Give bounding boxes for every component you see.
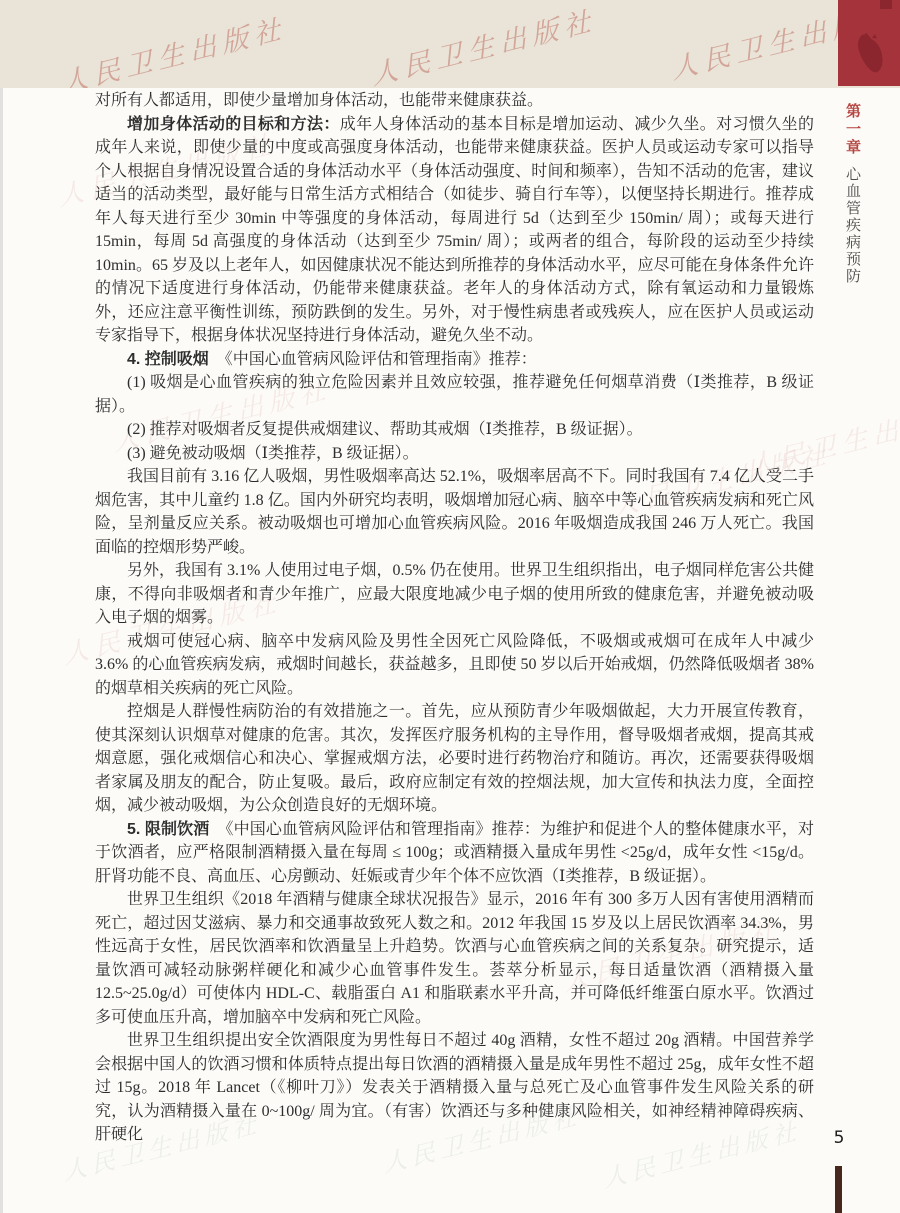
paragraph: 5. 限制饮酒 《中国心血管病风险评估和管理指南》推荐：为维护和促进个人的整体健… <box>95 818 814 889</box>
paragraph: 另外，我国有 3.1% 人使用过电子烟，0.5% 仍在使用。世界卫生组织指出，电… <box>95 559 814 630</box>
heart-icon <box>855 32 885 76</box>
paragraph: (2) 推荐对吸烟者反复提供戒烟建议、帮助其戒烟（Ⅰ类推荐，B 级证据）。 <box>95 418 814 442</box>
paragraph: 世界卫生组织提出安全饮酒限度为男性每日不超过 40g 酒精，女性不超过 20g … <box>95 1029 814 1147</box>
scan-edge-shadow <box>0 0 3 1213</box>
page-edge-bar <box>835 1166 842 1213</box>
page-top-band: 人民卫生出版社 人民卫生出版社 人民卫生出版社 <box>0 0 900 88</box>
paragraph: 戒烟可使冠心病、脑卒中发病风险及男性全因死亡风险降低，不吸烟或戒烟可在成年人中减… <box>95 630 814 701</box>
paragraph: (1) 吸烟是心血管疾病的独立危险因素并且效应较强，推荐避免任何烟草消费（Ⅰ类推… <box>95 371 814 418</box>
paragraph: 增加身体活动的目标和方法：成年人身体活动的基本目标是增加运动、减少久坐。对习惯久… <box>95 113 814 348</box>
chapter-title: 心血管疾病预防 <box>842 166 863 285</box>
paragraph-lead: 5. 限制饮酒 <box>127 821 209 838</box>
paragraph: 4. 控制吸烟 《中国心血管病风险评估和管理指南》推荐： <box>95 348 814 372</box>
paragraph: 对所有人都适用，即使少量增加身体活动，也能带来健康获益。 <box>95 89 814 113</box>
paragraph-lead: 4. 控制吸烟 <box>127 351 209 368</box>
page-body-text: 对所有人都适用，即使少量增加身体活动，也能带来健康获益。增加身体活动的目标和方法… <box>95 89 814 1147</box>
paragraph: (3) 避免被动吸烟（Ⅰ类推荐，B 级证据）。 <box>95 442 814 466</box>
chapter-tab <box>838 0 900 86</box>
paragraph-lead: 增加身体活动的目标和方法： <box>127 116 340 133</box>
publisher-watermark: 人民卫生出版社 <box>369 0 599 88</box>
chapter-number: 第一章 <box>842 103 863 157</box>
page-number: 5 <box>826 1128 852 1148</box>
paragraph: 我国目前有 3.16 亿人吸烟，男性吸烟率高达 52.1%，吸烟率居高不下。同时… <box>95 465 814 559</box>
paragraph: 世界卫生组织《2018 年酒精与健康全球状况报告》显示，2016 年有 300 … <box>95 888 814 1029</box>
publisher-watermark: 人民卫生出版社 <box>59 6 289 88</box>
tab-corner-decoration <box>880 0 892 9</box>
paragraph: 控烟是人群慢性病防治的有效措施之一。首先，应从预防青少年吸烟做起，大力开展宣传教… <box>95 700 814 818</box>
